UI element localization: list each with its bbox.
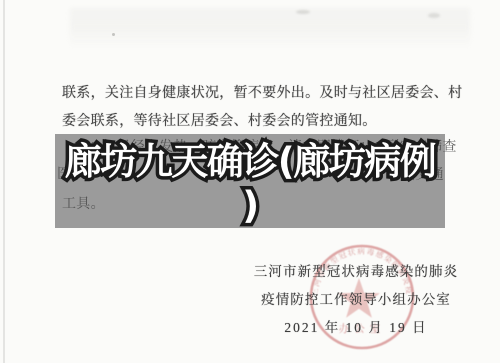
scan-smudge (296, 10, 310, 14)
signature-block: 三河市新型冠状病毒感染的肺炎 疫情防控工作领导小组办公室 2021 年 10 月… (225, 258, 487, 342)
org-name-line-2: 疫情防控工作领导小组办公室 (225, 286, 487, 314)
org-name-line-1: 三河市新型冠状病毒感染的肺炎 (225, 258, 487, 286)
notice-text-line-2: 委会联系，等待社区居委会、村委会的管控通知。 (62, 110, 377, 130)
headline-title-line-2: ) ) (55, 184, 445, 228)
headline-banner: 2.如已经有发热，咳嗽等症状，请立即拨打120 到定点筛查 医 共交通 工具。 … (55, 134, 445, 228)
headline-title-text: ) (242, 184, 257, 227)
headline-title: 廊坊九天确诊(廊坊病例 廊坊九天确诊(廊坊病例 ) ) (55, 140, 445, 228)
scan-speck (112, 33, 115, 36)
paper-edge-shadow (3, 0, 5, 363)
scan-smudge (428, 13, 440, 18)
date-line: 2021 年 10 月 19 日 (225, 314, 487, 342)
scanned-notice-photo: 联系，关注自身健康状况，暂不要外出。及时与社区居委会、村 委会联系，等待社区居委… (0, 0, 500, 363)
headline-title-text: 廊坊九天确诊(廊坊病例 (65, 140, 435, 183)
scan-smudge-band (70, 8, 470, 48)
notice-text-line-1: 联系，关注自身健康状况，暂不要外出。及时与社区居委会、村 (62, 82, 462, 102)
headline-title-line-1: 廊坊九天确诊(廊坊病例 廊坊九天确诊(廊坊病例 (55, 140, 445, 184)
